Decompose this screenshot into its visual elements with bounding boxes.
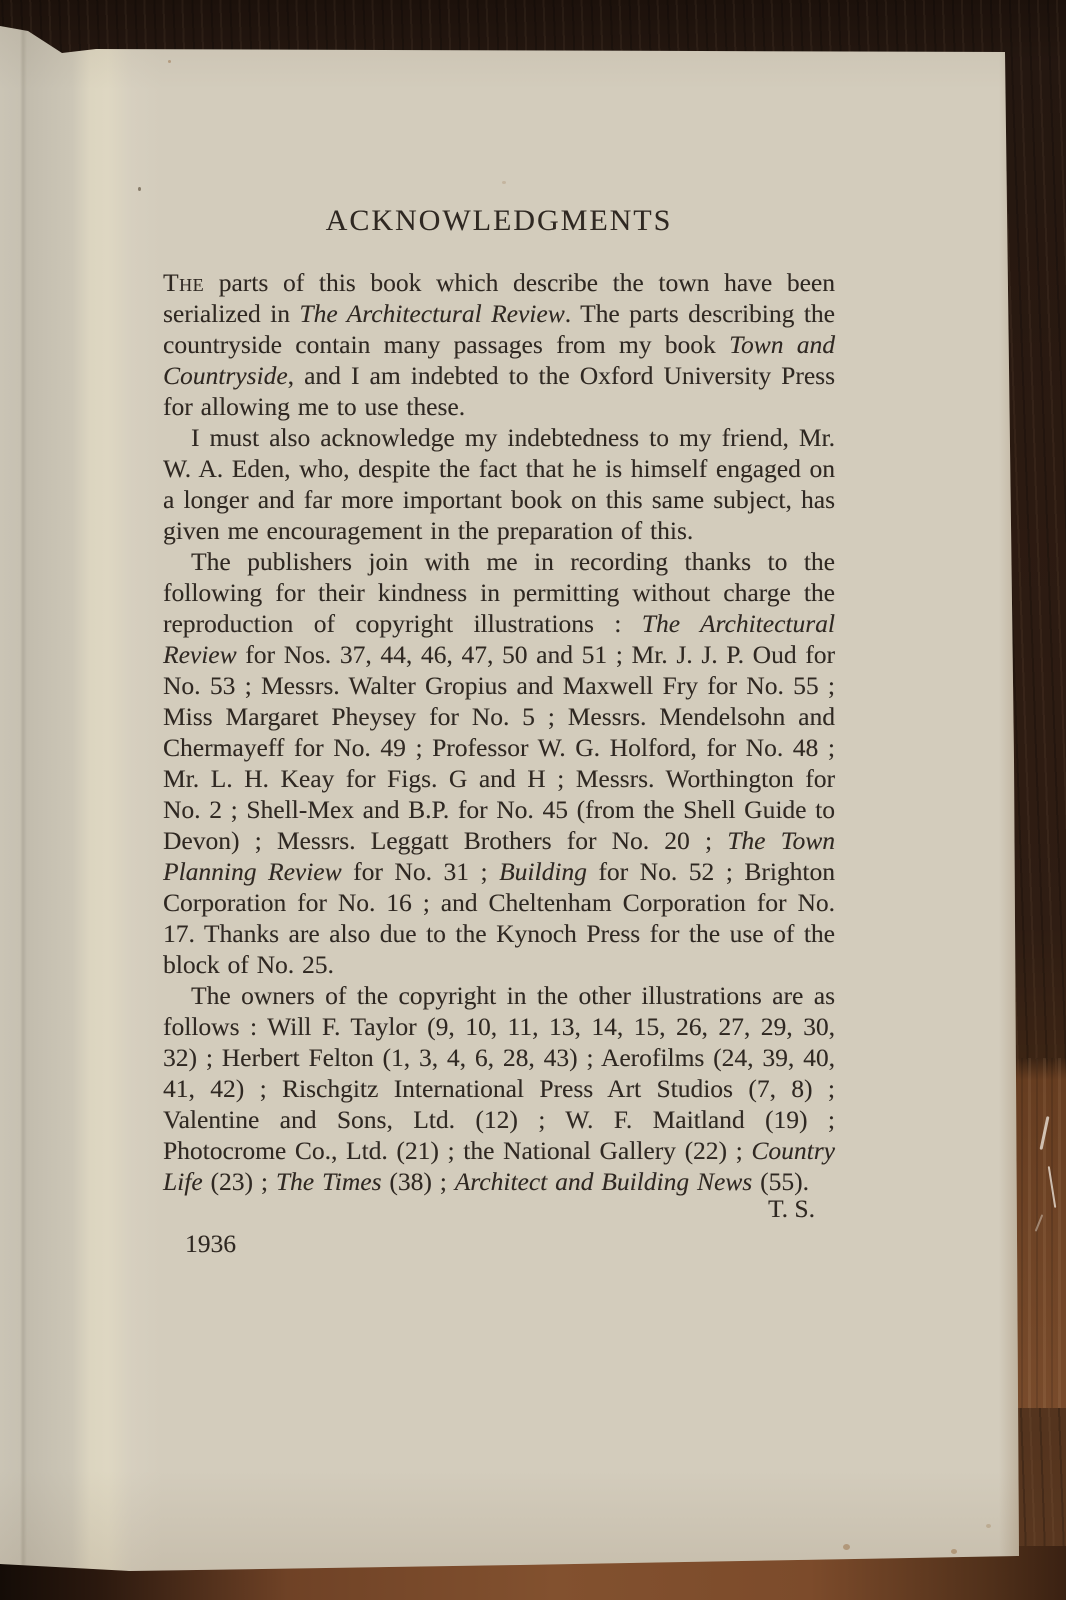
page-content: ACKNOWLEDGMENTS The parts of this book w… [163, 203, 835, 1259]
foxing-spot [986, 1524, 991, 1528]
book-photo: ACKNOWLEDGMENTS The parts of this book w… [0, 0, 1066, 1600]
paragraph: The owners of the copyright in the other… [163, 980, 835, 1197]
year-notation: 1936 [163, 1228, 835, 1259]
acknowledgments-text: The parts of this book which describe th… [163, 267, 835, 1197]
book-page: ACKNOWLEDGMENTS The parts of this book w… [0, 0, 1066, 1600]
foxing-spot [951, 1549, 957, 1554]
author-initials: T. S. [163, 1193, 835, 1224]
foxing-spot [843, 1544, 850, 1550]
paragraph: The parts of this book which describe th… [163, 267, 835, 422]
paragraph: The publishers join with me in recording… [163, 546, 835, 980]
foxing-spot [502, 181, 506, 184]
foxing-spot [168, 60, 171, 63]
page-title: ACKNOWLEDGMENTS [163, 203, 835, 239]
paragraph: I must also acknowledge my indebtedness … [163, 422, 835, 546]
foxing-spot [138, 187, 141, 191]
